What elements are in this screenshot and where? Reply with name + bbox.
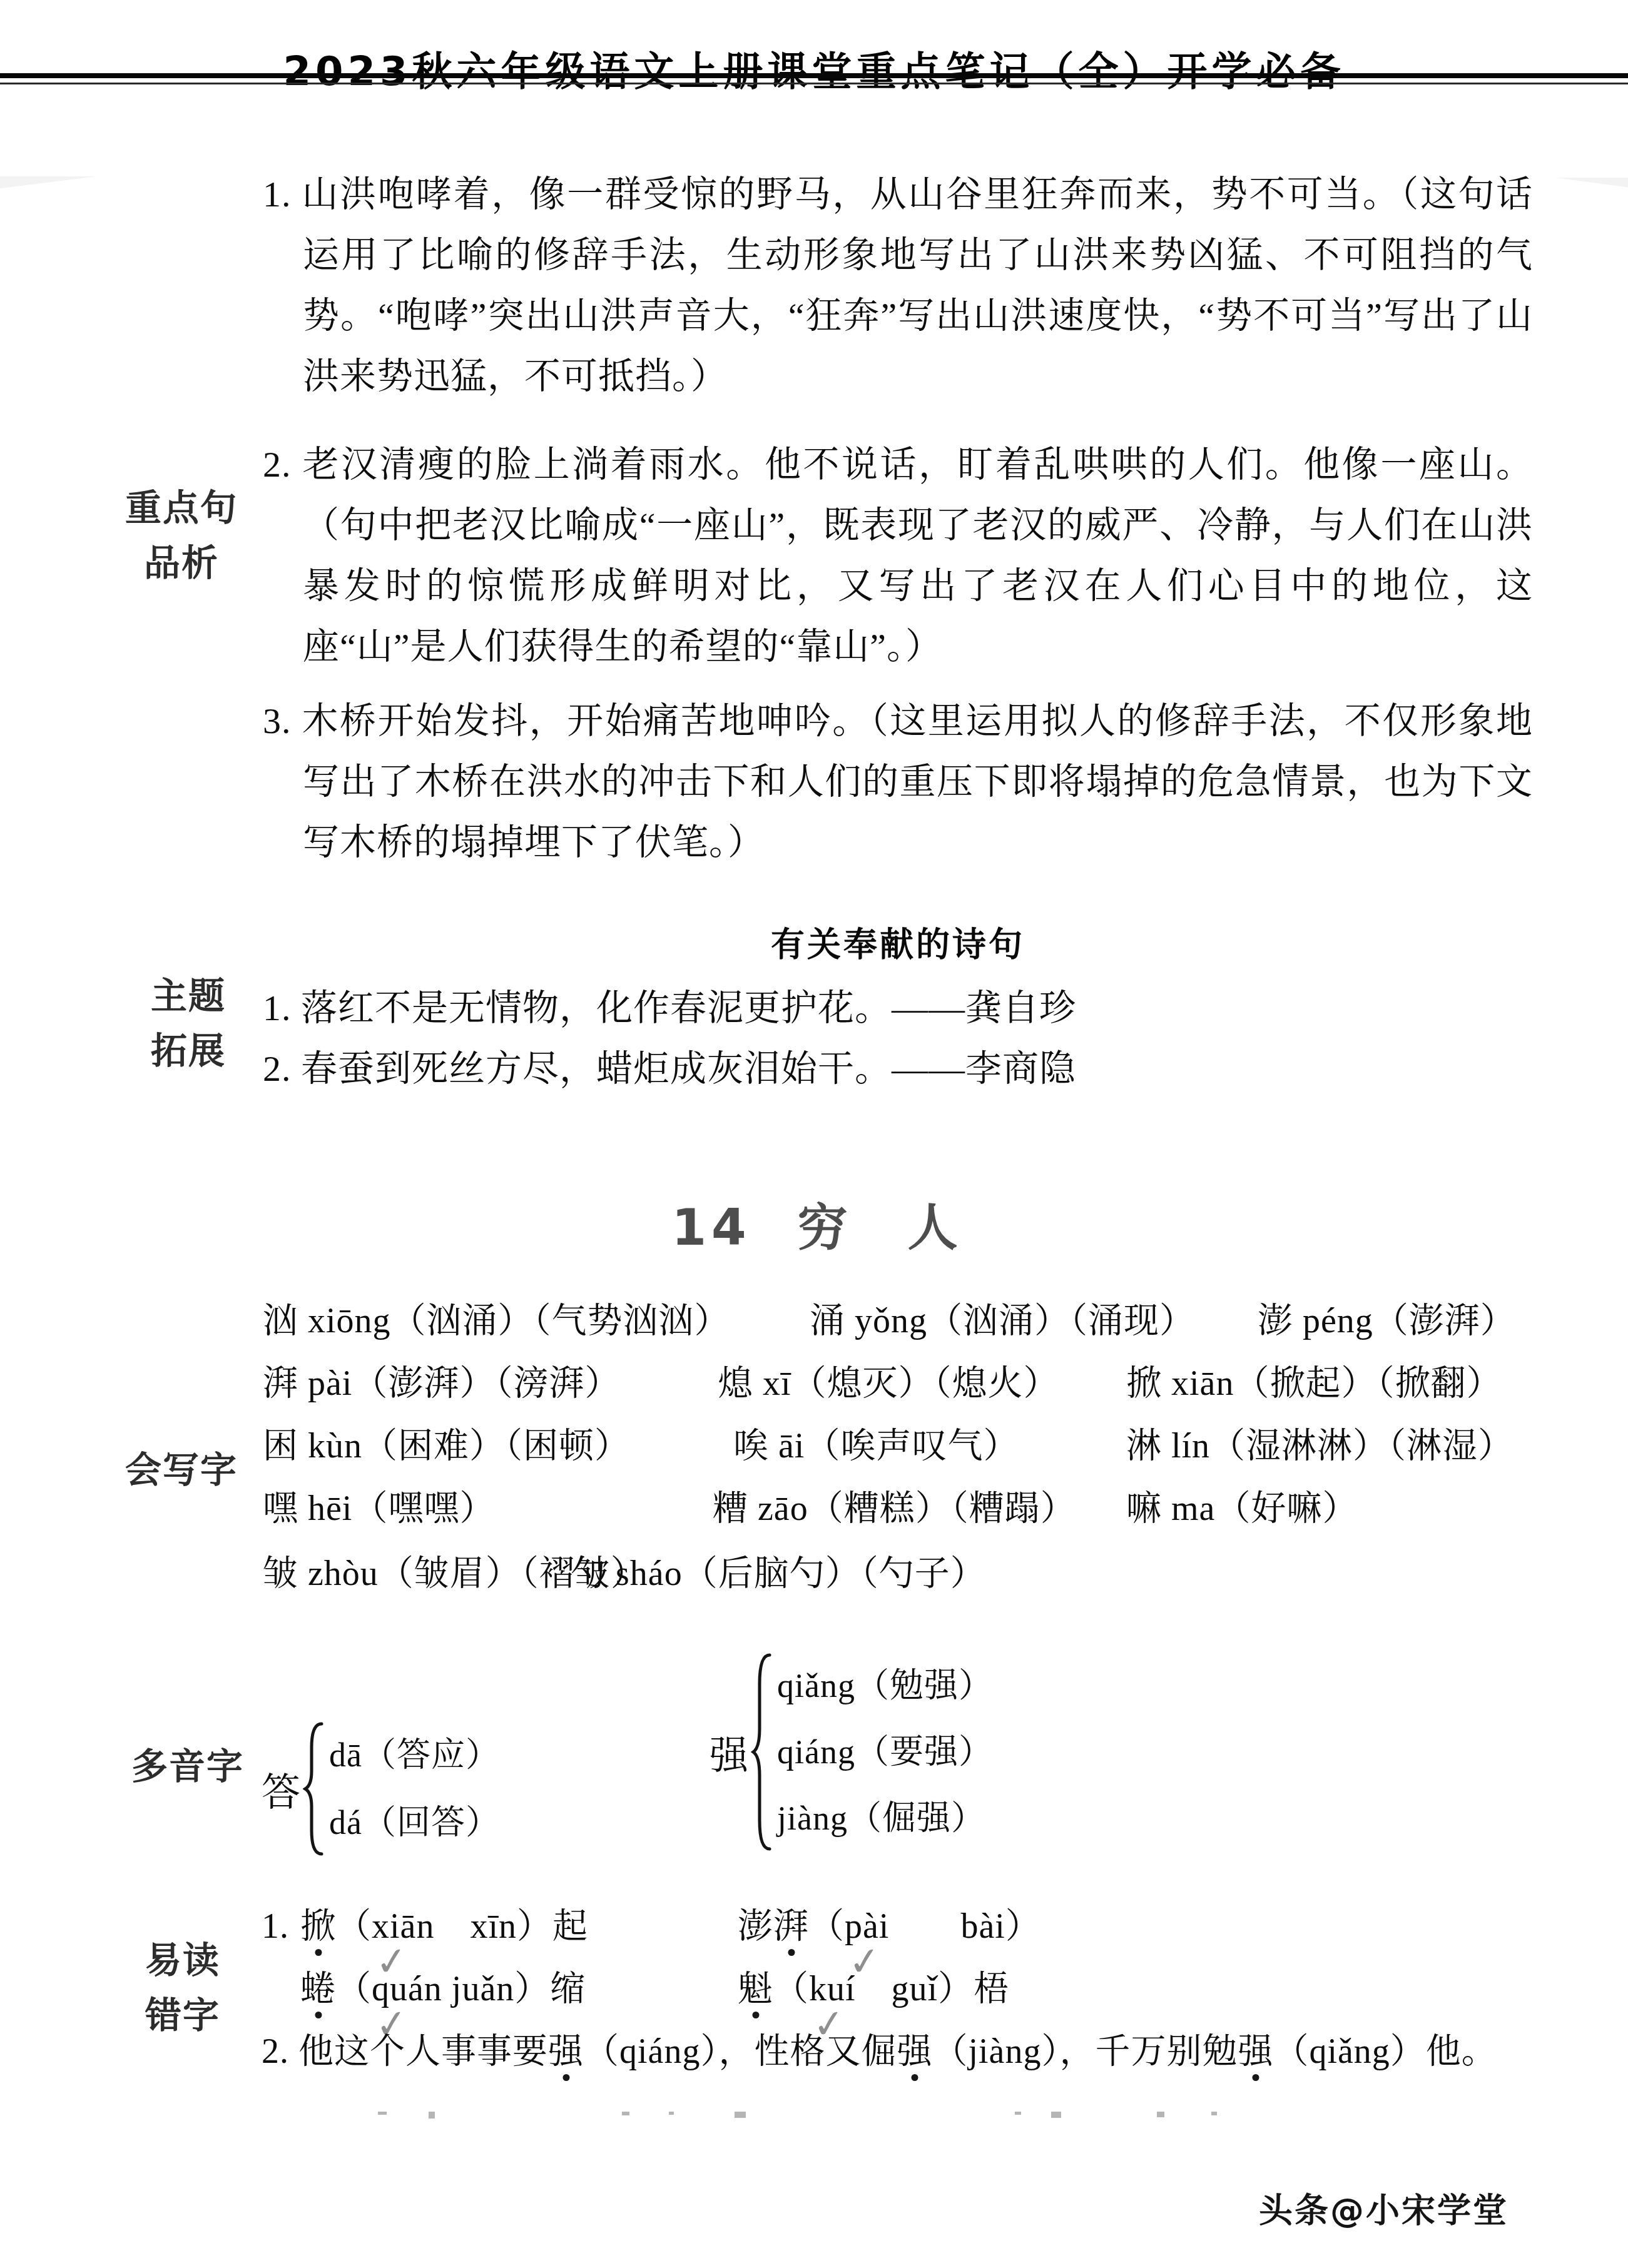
label-line: 错字 xyxy=(139,1988,226,2043)
section-label-theme-expansion: 主题 拓展 xyxy=(149,968,228,1078)
pronunciation-options: dā（答应） dá（回答） xyxy=(329,1721,500,1856)
word-entry: 嘛 ma（好嘛） xyxy=(1126,1477,1358,1540)
misread-word: 澎湃（pài bài） xyxy=(738,1895,1041,1958)
poem-line-1: 1. 落红不是无情物，化作春泥更护花。——龚自珍 xyxy=(263,978,1533,1038)
label-line: 拓展 xyxy=(149,1023,228,1078)
word-row: 嘿 hēi（嘿嘿） 糟 zāo（糟糕）（糟蹋） 嘛 ma（好嘛） xyxy=(263,1477,1552,1542)
section-label-easily-misread: 易读 错字 xyxy=(139,1933,226,2043)
misread-row: 蜷（quán juǎn）缩 魁（kuí guǐ）梧 xyxy=(262,1958,1588,2020)
misread-row: 2. 他这个人事事要强（qiáng），性格又倔强（jiàng），千万别勉强（qi… xyxy=(262,2020,1588,2083)
title-rule-thick xyxy=(0,73,1628,78)
word-entry: 熄 xī（熄灭）（熄火） xyxy=(718,1352,1059,1415)
word-row: 困 kùn（困难）（困顿） 唉 āi（唉声叹气） 淋 lín（湿淋淋）（淋湿） xyxy=(263,1415,1552,1477)
word-entry: 嘿 hēi（嘿嘿） xyxy=(263,1477,495,1540)
polyphonic-character: 答 xyxy=(262,1761,300,1817)
corner-watermark-left xyxy=(0,176,96,200)
key-sentence-items: 1. 山洪咆哮着，像一群受惊的野马，从山谷里狂奔而来，势不可当。（这句话运用了比… xyxy=(263,164,1533,873)
misread-word: 蜷（quán juǎn）缩 xyxy=(300,1958,586,2020)
poems-heading: 有关奉献的诗句 xyxy=(263,918,1533,966)
word-entry: 澎 péng（澎湃） xyxy=(1258,1290,1516,1352)
word-entry: 淋 lín（湿淋淋）（淋湿） xyxy=(1126,1415,1514,1477)
characters-to-write-table: 汹 xiōng（汹涌）（气势汹汹） 涌 yǒng（汹涌）（涌现） 澎 péng（… xyxy=(263,1290,1552,1605)
brace-icon xyxy=(303,1721,325,1856)
word-entry: 湃 pài（澎湃）（滂湃） xyxy=(263,1352,620,1415)
example-sentence: 2. 他这个人事事要强（qiáng），性格又倔强（jiàng），千万别勉强（qi… xyxy=(262,2020,1497,2083)
page-title: 2023秋六年级语文上册课堂重点笔记（全）开学必备 xyxy=(0,39,1628,97)
pronunciation-option: dā（答应） xyxy=(329,1721,500,1789)
misread-word: 魁（kuí guǐ）梧 xyxy=(738,1958,1009,2020)
pronunciation-option: jiàng（倔强） xyxy=(777,1785,993,1851)
word-entry: 唉 āi（唉声叹气） xyxy=(733,1415,1019,1477)
pronunciation-options: qiǎng（勉强） qiáng（要强） jiàng（倔强） xyxy=(777,1653,993,1851)
analysis-item-2: 2. 老汉清瘦的脸上淌着雨水。他不说话，盯着乱哄哄的人们。他像一座山。（句中把老… xyxy=(263,434,1533,677)
poem-line-2: 2. 春蚕到死丝方尽，蜡炬成灰泪始干。——李商隐 xyxy=(263,1038,1533,1099)
item-number: 1. xyxy=(262,1895,289,1958)
pronunciation-option: dá（回答） xyxy=(329,1789,500,1856)
word-entry: 勺 sháo（后脑勺）（勺子） xyxy=(571,1542,986,1605)
word-row: 皱 zhòu（皱眉）（褶皱） 勺 sháo（后脑勺）（勺子） xyxy=(263,1542,1552,1605)
brace-icon xyxy=(751,1653,773,1851)
footer-credit: 头条@小宋学堂 xyxy=(1259,2184,1508,2232)
word-row: 汹 xiōng（汹涌）（气势汹汹） 涌 yǒng（汹涌）（涌现） 澎 péng（… xyxy=(263,1290,1552,1352)
misread-row: 1. 掀（xiān xīn）起 澎湃（pài bài） xyxy=(262,1895,1588,1958)
label-line: 主题 xyxy=(149,968,228,1023)
label-line: 品析 xyxy=(125,535,238,590)
word-entry: 糟 zāo（糟糕）（糟蹋） xyxy=(713,1477,1076,1540)
chapter-heading: 14 穷 人 xyxy=(0,1187,1628,1259)
section-label-characters-to-write: 会写字 xyxy=(125,1442,238,1497)
polyphonic-group-qiang: 强 qiǎng（勉强） qiáng（要强） jiàng（倔强） xyxy=(710,1653,993,1851)
chapter-number: 14 xyxy=(665,1198,757,1257)
section-label-key-sentence-analysis: 重点句 品析 xyxy=(125,480,238,590)
poem-list: 1. 落红不是无情物，化作春泥更护花。——龚自珍 2. 春蚕到死丝方尽，蜡炬成灰… xyxy=(263,978,1533,1099)
label-line: 会写字 xyxy=(125,1442,238,1497)
misread-word: 掀（xiān xīn）起 xyxy=(300,1895,588,1958)
word-entry: 困 kùn（困难）（困顿） xyxy=(263,1415,630,1477)
word-entry: 掀 xiān（掀起）（掀翻） xyxy=(1126,1352,1502,1415)
pronunciation-option: qiǎng（勉强） xyxy=(777,1653,993,1719)
polyphonic-character: 强 xyxy=(710,1724,748,1780)
pronunciation-option: qiáng（要强） xyxy=(777,1719,993,1785)
easily-misread-block: 1. 掀（xiān xīn）起 澎湃（pài bài） 蜷（quán juǎn）… xyxy=(262,1895,1588,2083)
chapter-title: 穷 人 xyxy=(798,1198,963,1257)
section-label-polyphonic-characters: 多音字 xyxy=(131,1739,244,1794)
analysis-item-3: 3. 木桥开始发抖，开始痛苦地呻吟。（这里运用拟人的修辞手法，不仅形象地写出了木… xyxy=(263,691,1533,873)
corner-watermark-right xyxy=(1555,178,1628,201)
title-rule-thin xyxy=(0,83,1628,84)
analysis-item-1: 1. 山洪咆哮着，像一群受惊的野马，从山谷里狂奔而来，势不可当。（这句话运用了比… xyxy=(263,164,1533,407)
word-row: 湃 pài（澎湃）（滂湃） 熄 xī（熄灭）（熄火） 掀 xiān（掀起）（掀翻… xyxy=(263,1352,1552,1415)
word-entry: 汹 xiōng（汹涌）（气势汹汹） xyxy=(263,1290,730,1352)
label-line: 重点句 xyxy=(125,480,238,535)
polyphonic-group-da: 答 dā（答应） dá（回答） xyxy=(262,1721,500,1856)
label-line: 多音字 xyxy=(131,1739,244,1794)
document-page: 2023秋六年级语文上册课堂重点笔记（全）开学必备 重点句 品析 1. 山洪咆哮… xyxy=(0,0,1628,2268)
cutoff-text-fragments xyxy=(0,2112,1628,2120)
word-entry: 涌 yǒng（汹涌）（涌现） xyxy=(810,1290,1195,1352)
label-line: 易读 xyxy=(139,1933,226,1988)
